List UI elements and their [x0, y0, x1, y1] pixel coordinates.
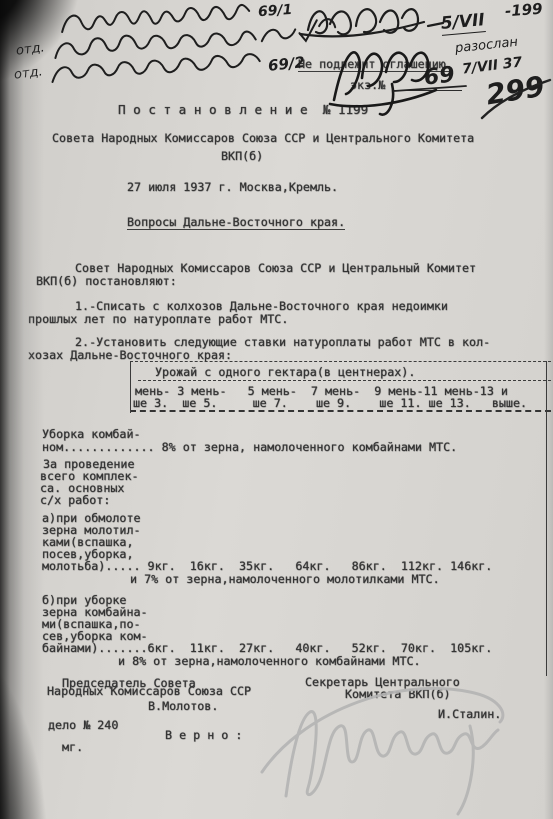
copy-number-label: экз.№	[350, 79, 385, 91]
table-header-bottom-border	[130, 410, 551, 412]
subject-line: Вопросы Дальне-Восточного края.	[127, 216, 345, 230]
scanned-decree-page: { "colors": { "paper": "#d7d5d1", "ink":…	[0, 0, 553, 819]
route-number-2: 69/2	[267, 53, 305, 75]
handwritten-annotation-1b	[300, 9, 443, 36]
dept-prefix-3: отд.	[13, 64, 43, 82]
preamble-line-1: Совет Народных Комиссаров Союза ССР и Це…	[75, 262, 476, 274]
row-a-note: и 7% от зерна,намолоченного молотилками …	[130, 573, 440, 585]
signature-right-line-2: Комитета ВКП(б)	[345, 688, 451, 700]
signature-left-line-2: Народных Комиссаров Союза ССР	[47, 685, 251, 697]
initials: мг.	[62, 741, 83, 753]
table-right-border	[546, 361, 547, 676]
receive-date-note: 5/VII	[440, 10, 486, 36]
preamble-line-2: ВКП(б) постановляют:	[36, 275, 177, 287]
row-b-note: и 8% от зерна,намолоченного комбайнами М…	[118, 655, 421, 667]
route-number-1: 69/1	[257, 2, 292, 20]
file-number: дело № 240	[48, 719, 118, 731]
signature-left-name: В.Молотов.	[148, 700, 218, 712]
handwritten-annotation-3	[52, 54, 261, 82]
dateline: 27 июля 1937 г. Москва,Кремль.	[127, 181, 338, 193]
item-1-line-2: прошлых лет по натуроплате работ МТС.	[28, 313, 288, 325]
table-top-border	[130, 361, 551, 362]
table-col-header-2: ше 3. ше 5. ше 7. ше 9. ше 11. ше 13. вы…	[133, 397, 527, 409]
row-b-values: байнами).......6кг. 11кг. 27кг. 40кг. 52…	[42, 642, 492, 654]
org-line-2: ВКП(б)	[221, 150, 263, 162]
table-title: Урожай с одного гектара(в центнерах).	[155, 366, 415, 378]
row-a-values: молотьба)..... 9кг. 16кг. 35кг. 64кг. 86…	[42, 560, 492, 572]
org-line-1: Совета Народных Комиссаров Союза ССР и Ц…	[52, 132, 474, 144]
complex-line-3: с/х работ:	[40, 494, 110, 506]
item-2-line-2: хозах Дальне-Восточного края:	[28, 349, 232, 361]
item-2-line-1: 2.-Установить следующие ставки натуропла…	[75, 336, 490, 348]
page-number-note: -199	[504, 0, 543, 20]
table-title-underline	[138, 380, 551, 381]
sent-note: разослан	[454, 35, 518, 57]
item-1-line-1: 1.-Списать с колхозов Дальне-Восточного …	[75, 300, 448, 312]
table-left-border	[130, 361, 131, 413]
signature-right-name: И.Сталин.	[438, 708, 501, 720]
handwritten-annotation-2	[54, 19, 336, 58]
decree-title: П о с т а н о в л е н и е № 1199	[118, 104, 368, 116]
certified-label: В е р н о :	[165, 729, 242, 741]
row-combine-line-1: Уборка комбай-	[42, 428, 141, 440]
big-number-note: 299	[484, 70, 547, 112]
row-combine-line-2: ном............. 8% от зерна, намолоченн…	[42, 441, 457, 453]
dept-prefix-2: отд.	[15, 40, 45, 58]
handwritten-annotation-1	[61, 3, 250, 32]
copy-number-value: 69	[423, 62, 456, 90]
